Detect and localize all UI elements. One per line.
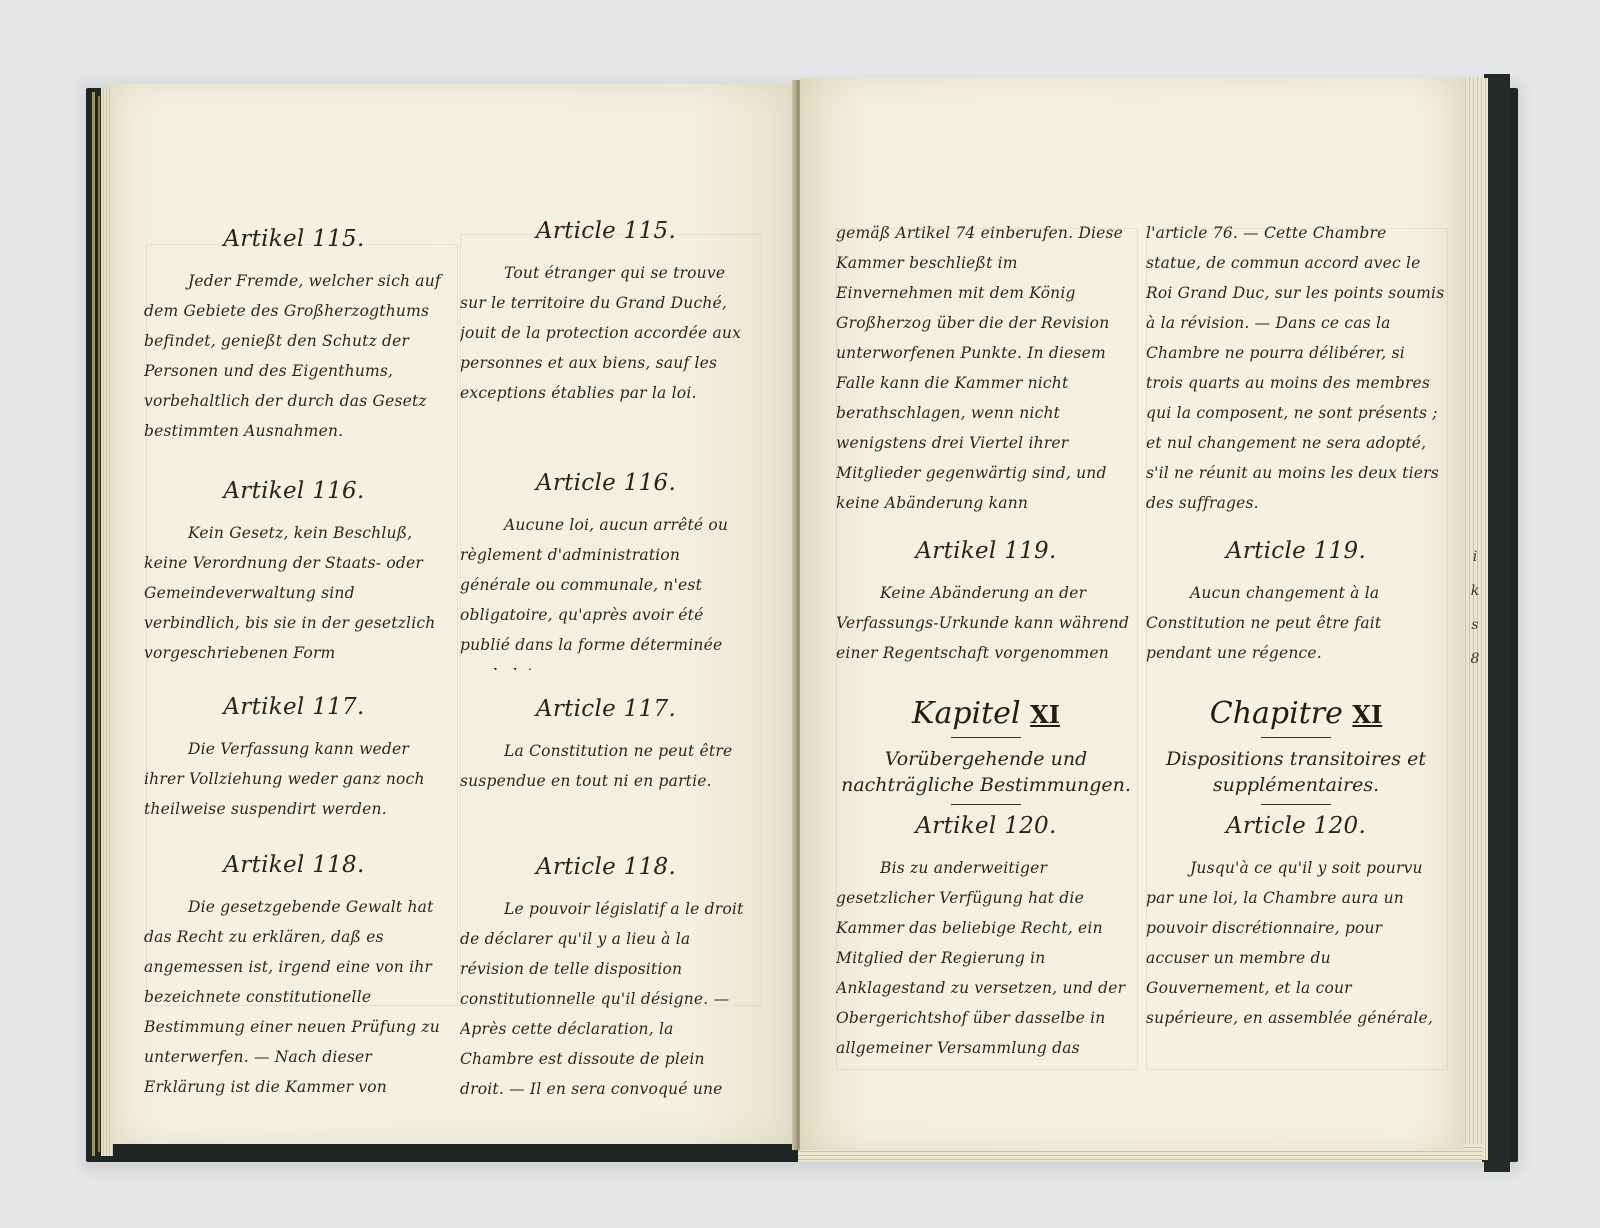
chapter-title: Vorübergehende und nachträgliche Bestimm… — [836, 746, 1136, 798]
article-heading: Artikel 117. — [144, 694, 444, 720]
gilt-border-inner — [98, 96, 100, 1152]
chapter-number: XI — [1352, 700, 1382, 729]
chapter-heading: Kapitel XI — [836, 696, 1136, 731]
continuation-text: gemäß Artikel 74 einberufen. Diese Kamme… — [836, 218, 1136, 518]
article-heading: Artikel 116. — [144, 478, 444, 504]
divider — [1261, 804, 1331, 805]
article-heading: Article 117. — [460, 696, 752, 722]
article-text: Aucune loi, aucun arrêté ou règlement d'… — [460, 510, 752, 670]
german-column-right: gemäß Artikel 74 einberufen. Diese Kamme… — [836, 218, 1136, 1093]
article-text: Die gesetzgebende Gewalt hat das Recht z… — [144, 892, 444, 1106]
article-heading: Artikel 120. — [836, 813, 1136, 839]
article-heading: Artikel 118. — [144, 852, 444, 878]
french-column-right: l'article 76. — Cette Chambre statue, de… — [1146, 218, 1446, 1063]
gilt-border — [92, 92, 95, 1156]
article-heading: Article 120. — [1146, 813, 1446, 839]
article-text: Jeder Fremde, welcher sich auf dem Gebie… — [144, 266, 444, 452]
chapter-title: Dispositions transitoires et supplémenta… — [1146, 746, 1446, 798]
edge-mark: 8 — [1468, 642, 1482, 676]
article-text: La Constitution ne peut être suspendue e… — [460, 736, 752, 828]
edge-mark: s — [1468, 608, 1482, 642]
edge-marks: i k s 8 — [1468, 540, 1482, 676]
chapter-label: Kapitel — [912, 696, 1021, 731]
right-page[interactable]: gemäß Artikel 74 einberufen. Diese Kamme… — [800, 78, 1464, 1150]
article-text: Aucun changement à la Constitution ne pe… — [1146, 578, 1446, 670]
chapter-number: XI — [1030, 700, 1060, 729]
article-text: Le pouvoir législatif a le droit de décl… — [460, 894, 752, 1108]
article-heading: Article 119. — [1146, 538, 1446, 564]
article-heading: Artikel 119. — [836, 538, 1136, 564]
divider — [951, 737, 1021, 738]
article-text: Tout étranger qui se trouve sur le terri… — [460, 258, 752, 444]
article-text: Bis zu anderweitiger gesetzlicher Verfüg… — [836, 853, 1136, 1067]
article-text: Kein Gesetz, kein Beschluß, keine Verord… — [144, 518, 444, 668]
article-text: Jusqu'à ce qu'il y soit pourvu par une l… — [1146, 853, 1446, 1037]
article-heading: Article 118. — [460, 854, 752, 880]
left-page[interactable]: Artikel 115. Jeder Fremde, welcher sich … — [110, 84, 796, 1144]
edge-mark: i — [1468, 540, 1482, 574]
edge-mark: k — [1468, 574, 1482, 608]
french-column-left: Article 115. Tout étranger qui se trouve… — [460, 218, 752, 1134]
article-heading: Article 116. — [460, 470, 752, 496]
divider — [1261, 737, 1331, 738]
article-heading: Artikel 115. — [144, 226, 444, 252]
article-heading: Article 115. — [460, 218, 752, 244]
german-column-left: Artikel 115. Jeder Fremde, welcher sich … — [144, 226, 444, 1132]
continuation-text: l'article 76. — Cette Chambre statue, de… — [1146, 218, 1446, 518]
chapter-label: Chapitre — [1210, 696, 1343, 731]
chapter-heading: Chapitre XI — [1146, 696, 1446, 731]
divider — [951, 804, 1021, 805]
article-text: Die Verfassung kann weder ihrer Vollzieh… — [144, 734, 444, 826]
article-text: Keine Abänderung an der Verfassungs-Urku… — [836, 578, 1136, 670]
